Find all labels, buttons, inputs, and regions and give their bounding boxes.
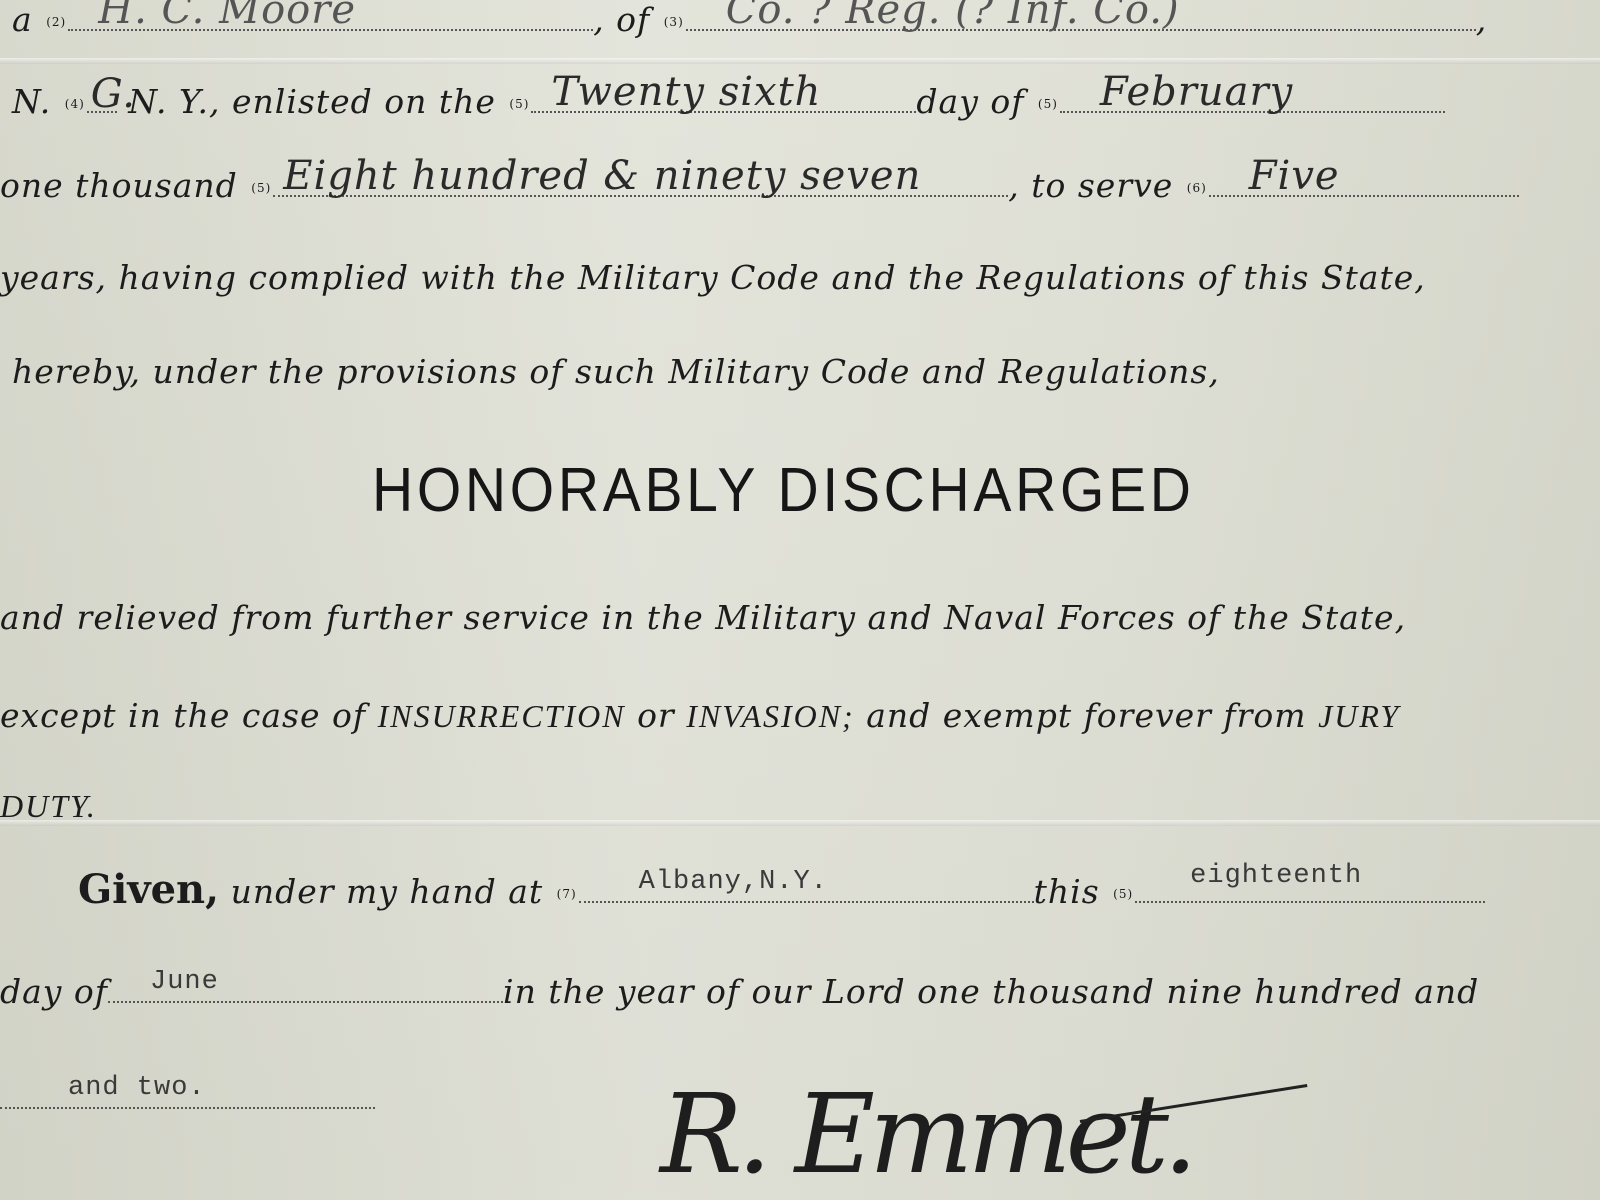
of-label: , of [593, 0, 650, 39]
place-field: Albany,N.Y. [579, 900, 1034, 903]
name-field: H. C. Moore [68, 28, 593, 31]
enlist-day-handwritten: Twenty sixth [551, 69, 821, 115]
enlist-year-field: Eight hundred & ninety seven [273, 194, 1008, 197]
term-field: Five [1209, 194, 1519, 197]
discharge-heading: HONORABLY DISCHARGED [372, 455, 1195, 526]
comma: , [1476, 0, 1488, 39]
field-number: (5) [1038, 97, 1058, 111]
paper-fold [0, 58, 1600, 64]
line-provisions: hereby, under the provisions of such Mil… [12, 352, 1220, 391]
given-day-field: eighteenth [1135, 900, 1485, 903]
or-text: or [637, 696, 675, 735]
except-text: except in the case of [0, 696, 366, 735]
term-handwritten: Five [1249, 153, 1340, 199]
enlist-month-field: February [1060, 110, 1445, 113]
given-year-typed: and two. [68, 1073, 206, 1103]
field-number: (4) [65, 97, 85, 111]
name-handwritten: H. C. Moore [98, 0, 356, 33]
place-typed: Albany,N.Y. [639, 867, 828, 897]
signature: R. Emmet. [660, 1070, 1192, 1198]
line-relieved: and relieved from further service in the… [0, 598, 1406, 637]
this-text: this [1034, 872, 1100, 911]
jury-text: JURY [1318, 698, 1400, 734]
line-prefix: N. [12, 82, 51, 121]
enlisted-text: N. Y., enlisted on the [128, 82, 496, 121]
field-number: (6) [1187, 181, 1207, 195]
exempt-text: and exempt forever from [866, 696, 1306, 735]
line-prefix: a [12, 0, 33, 39]
unit-handwritten: Co. ? Reg. (? Inf. Co.) [726, 0, 1180, 33]
paper-fold [0, 820, 1600, 826]
given-year-field: and two. [0, 1106, 375, 1109]
line-day-of: day ofJunein the year of our Lord one th… [0, 972, 1479, 1011]
line-given: Given, under my hand at (7)Albany,N.Y.th… [78, 866, 1485, 913]
given-month-typed: June [150, 967, 219, 997]
line-exempt: except in the case of INSURRECTION or IN… [0, 696, 1400, 735]
line-prefix: day of [0, 972, 108, 1011]
guard-field: G. [87, 110, 117, 113]
enlist-month-handwritten: February [1100, 69, 1293, 115]
line-year: one thousand (5)Eight hundred & ninety s… [0, 166, 1519, 205]
given-day-typed: eighteenth [1190, 861, 1362, 891]
line-name: a (2)H. C. Moore, of (3)Co. ? Reg. (? In… [12, 0, 1487, 39]
given-word: Given, [78, 866, 219, 913]
invasion-text: INVASION; [686, 698, 854, 734]
given-month-field: June [108, 1000, 503, 1003]
line-year-given: and two. [0, 1078, 375, 1117]
line-enlisted: N. (4)G. N. Y., enlisted on the (5)Twent… [12, 82, 1445, 121]
line-complied: years, having complied with the Military… [0, 258, 1426, 297]
field-number: (3) [664, 15, 684, 29]
line-duty: DUTY. [0, 788, 97, 825]
under-hand-text: under my hand at [231, 872, 544, 911]
field-number: (5) [1113, 887, 1133, 901]
enlist-day-field: Twenty sixth [531, 110, 916, 113]
field-number: (2) [46, 15, 66, 29]
unit-field: Co. ? Reg. (? Inf. Co.) [686, 28, 1476, 31]
field-number: (5) [251, 181, 271, 195]
insurrection-text: INSURRECTION [378, 698, 626, 734]
enlist-year-handwritten: Eight hundred & ninety seven [283, 153, 921, 199]
year-of-lord-text: in the year of our Lord one thousand nin… [503, 972, 1479, 1011]
field-number: (5) [509, 97, 529, 111]
field-number: (7) [557, 887, 577, 901]
to-serve-text: , to serve [1008, 166, 1173, 205]
line-prefix: one thousand [0, 166, 238, 205]
guard-handwritten: G. [91, 71, 136, 117]
day-of-text: day of [916, 82, 1024, 121]
